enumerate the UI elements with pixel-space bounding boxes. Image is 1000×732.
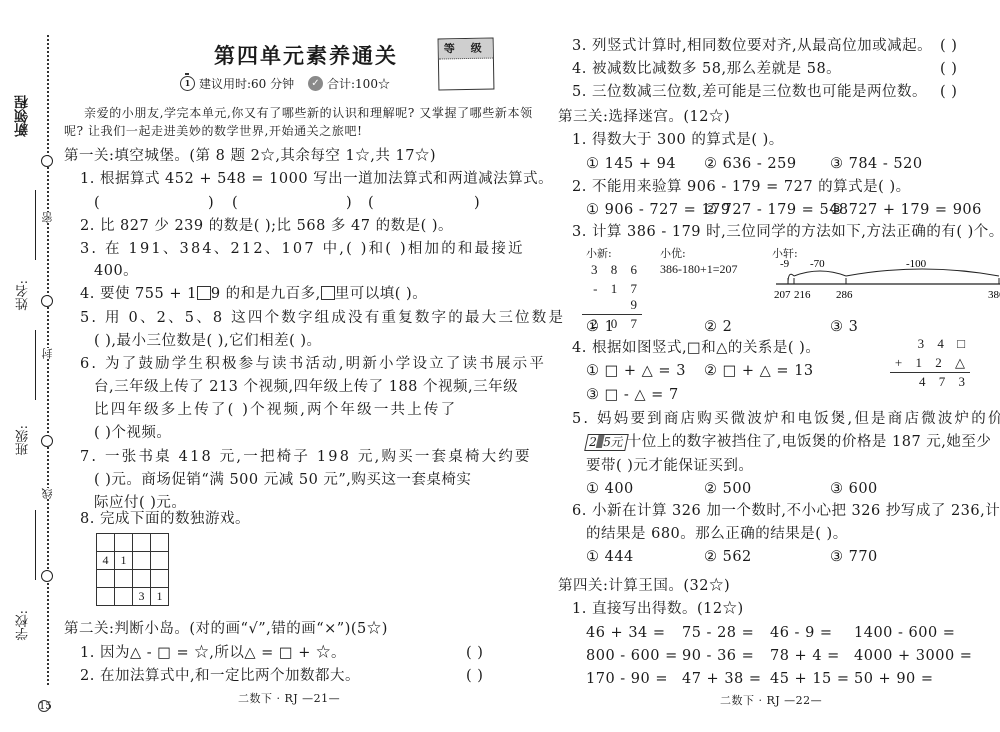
seal-mark-feng: 封 (40, 348, 54, 359)
answer-blank[interactable]: ( ) (940, 60, 957, 78)
time-suggestion: 1 建议用时:60 分钟 (180, 75, 294, 92)
calc-item: 45 + 15 = (770, 670, 850, 688)
question-3-5-line1: 5. 妈妈要到商店购买微波炉和电饭煲,但是商店微波炉的价格牌 (572, 410, 1000, 428)
sudoku-cell[interactable] (151, 552, 169, 570)
calc-item: 170 - 90 = (586, 670, 668, 688)
price-tag-image: 25元 (584, 434, 628, 451)
option[interactable]: ③ 784 - 520 (830, 155, 923, 173)
sudoku-cell: 4 (97, 552, 115, 570)
question-1-2: 2. 比 827 少 239 的数是( );比 568 多 47 的数是( )。 (80, 217, 453, 235)
section1-heading: 第一关:填空城堡。(第 8 题 2☆,其余每空 1☆,共 17☆) (64, 147, 436, 165)
question-2-5: 5. 三位数减三位数,差可能是三位数也可能是两位数。 (572, 83, 927, 101)
binding-hole (41, 435, 53, 447)
missing-digit-box (197, 286, 211, 300)
brand-label: 新领程 (12, 95, 32, 137)
answer-blank[interactable]: ( ) (466, 644, 483, 662)
question-1-5-line2: ( ),最小三位数是( ),它们相差( )。 (94, 332, 322, 350)
option[interactable]: ③ 770 (830, 548, 878, 566)
name-label: 姓名: (14, 280, 33, 310)
class-underline (35, 330, 36, 400)
question-4-1: 1. 直接写出得数。(12☆) (572, 600, 744, 618)
question-1-7-line2: ( )元。商场促销“满 500 元减 50 元”,购买这一套桌椅实 (94, 471, 471, 489)
question-1-4: 4. 要使 755 + 19 的和是九百多,里可以填( )。 (80, 285, 427, 303)
option[interactable]: ② 727 - 179 = 548 (704, 201, 849, 219)
option[interactable]: ③ 3 (830, 318, 858, 336)
binding-hole (41, 570, 53, 582)
tick-label: 207 (774, 289, 791, 301)
tick-label: 286 (836, 289, 853, 301)
school-underline (35, 510, 36, 580)
sudoku-cell[interactable] (151, 534, 169, 552)
option[interactable]: ① 1 (586, 318, 614, 336)
question-3-4: 4. 根据如图竖式,□和△的关系是( )。 (572, 339, 820, 357)
vertical-calc-q4: 3 4 □ + 1 2 △ 4 7 3 (890, 336, 970, 390)
calc-item: 800 - 600 = (586, 647, 678, 665)
intro-line-2: 呢? 让我们一起走进美妙的数学世界,开始通关之旅吧! (64, 122, 363, 139)
name-underline (35, 190, 36, 260)
option[interactable]: ② 636 - 259 (704, 155, 797, 173)
sudoku-cell[interactable] (133, 552, 151, 570)
method-label-xiaoyou: 小优: (660, 245, 686, 261)
section2-heading: 第二关:判断小岛。(对的画“√”,错的画“×”)(5☆) (64, 620, 388, 638)
question-2-4: 4. 被减数比减数多 58,那么差就是 58。 (572, 60, 841, 78)
option[interactable]: ② 2 (704, 318, 732, 336)
question-3-2: 2. 不能用来验算 906 - 179 = 727 的算式是( )。 (572, 178, 911, 196)
sudoku-cell: 1 (151, 588, 169, 606)
class-label: 班级: (14, 425, 33, 455)
seal-mark-mi: 密 (40, 212, 54, 223)
question-1-6-line3: 比四年级多上传了( )个视频,两个年级一共上传了 (94, 401, 457, 419)
page-footer: 二数下 · RJ —21— (238, 690, 340, 706)
option[interactable]: ① 145 + 94 (586, 155, 676, 173)
answer-blank-close: ) (474, 194, 480, 212)
method-label-xiaoxin: 小新: (586, 245, 612, 261)
total-score: ✓ 合计:100☆ (308, 75, 390, 92)
question-1-3-line2: 400。 (94, 262, 138, 280)
option[interactable]: ① 400 (586, 480, 634, 498)
option[interactable]: ② □ + △ = 13 (704, 362, 814, 380)
calc-item: 90 - 36 = (682, 647, 754, 665)
question-3-3: 3. 计算 386 - 179 时,三位同学的方法如下,方法正确的有( )个。 (572, 223, 1000, 241)
sudoku-grid: 4 1 3 1 (96, 533, 169, 606)
option[interactable]: ① 444 (586, 548, 634, 566)
sudoku-cell[interactable] (151, 570, 169, 588)
right-page: 3. 列竖式计算时,相同数位要对齐,从最高位加或减起。 ( ) 4. 被减数比减… (520, 0, 1000, 732)
calc-item: 75 - 28 = (682, 624, 754, 642)
answer-blank[interactable]: ( ) (940, 83, 957, 101)
question-1-3-line1: 3. 在 191、384、212、107 中,( )和( )相加的和最接近 (80, 240, 525, 258)
question-3-5-line3: 要带( )元才能保证买到。 (586, 457, 753, 475)
question-1-5-line1: 5. 用 0、2、5、8 这四个数字组成没有重复数字的最大三位数是 (80, 309, 565, 327)
jump-label: -100 (906, 258, 927, 270)
sudoku-cell[interactable] (115, 534, 133, 552)
time-text: 建议用时:60 分钟 (199, 75, 294, 92)
page-circle-number: 15 (38, 700, 50, 712)
calc-rule (582, 314, 642, 315)
tick-label: 386 (988, 289, 1000, 301)
option[interactable]: ③ 600 (830, 480, 878, 498)
page-footer: 二数下 · RJ —22— (720, 692, 822, 708)
binding-dotted-line (47, 35, 49, 685)
grade-box-label: 等 级 (439, 39, 493, 60)
jump-label: -70 (810, 258, 825, 270)
section4-heading: 第四关:计算王国。(32☆) (558, 577, 730, 595)
left-page: 新领程 密 姓名: 封 班级: 线 学校: 15 第四单元素养通关 等 级 1 … (0, 0, 520, 732)
question-2-1: 1. 因为△ - □ = ☆,所以△ = □ + ☆。 (80, 644, 346, 662)
question-1-6-line4: ( )个视频。 (94, 424, 171, 442)
grade-box: 等 级 (438, 38, 495, 91)
section3-heading: 第三关:选择迷宫。(12☆) (558, 108, 730, 126)
clock-icon: 1 (180, 76, 195, 91)
check-icon: ✓ (308, 76, 323, 91)
answer-blank[interactable]: ( ) (940, 37, 957, 55)
question-1-6-line2: 台,三年级上传了 213 个视频,四年级上传了 188 个视频,三年级 (94, 378, 518, 396)
calc-rule (890, 372, 970, 373)
school-label: 学校: (14, 610, 33, 640)
option[interactable]: ② 562 (704, 548, 752, 566)
intro-line-1: 亲爱的小朋友,学完本单元,你又有了哪些新的认识和理解呢? 又掌握了哪些新本领 (84, 104, 533, 121)
answer-blank[interactable]: ( (232, 194, 238, 212)
option[interactable]: ③ 727 + 179 = 906 (830, 201, 982, 219)
binding-hole (41, 155, 53, 167)
answer-blank-close: ) (208, 194, 214, 212)
option[interactable]: ③ □ - △ = 7 (586, 386, 679, 404)
calc-item: 78 + 4 = (770, 647, 840, 665)
total-text: 合计:100☆ (327, 75, 390, 92)
answer-blank[interactable]: ( (94, 194, 100, 212)
calc-xiaoyou: 386-180+1=207 (660, 262, 738, 277)
binding-hole (41, 295, 53, 307)
question-1-7-line1: 7. 一张书桌 418 元,一把椅子 198 元,购买一套桌椅大约要 (80, 448, 532, 466)
calc-item: 46 - 9 = (770, 624, 833, 642)
number-line-diagram: -9 -70 -100 207 216 286 386 (774, 258, 1000, 318)
calc-item: 47 + 38 = (682, 670, 762, 688)
sudoku-cell[interactable] (133, 534, 151, 552)
sudoku-cell[interactable] (97, 570, 115, 588)
question-1-1: 1. 根据算式 452 + 548 = 1000 写出一道加法算式和两道减法算式… (80, 170, 553, 188)
question-2-3: 3. 列竖式计算时,相同数位要对齐,从最高位加或减起。 (572, 37, 932, 55)
answer-blank-close: ) (346, 194, 352, 212)
option[interactable]: ① □ + △ = 3 (586, 362, 686, 380)
calc-item: 50 + 90 = (854, 670, 934, 688)
question-1-6-line1: 6. 为了鼓励学生积极参与读书活动,明新小学设立了读书展示平 (80, 355, 546, 373)
question-3-6-line1: 6. 小新在计算 326 加一个数时,不小心把 326 抄写成了 236,计算出 (572, 502, 1000, 520)
question-3-5-line2: 25元十位上的数字被挡住了,电饭煲的价格是 187 元,她至少 (586, 433, 991, 451)
calc-item: 46 + 34 = (586, 624, 666, 642)
question-3-1: 1. 得数大于 300 的算式是( )。 (572, 131, 784, 149)
calc-item: 4000 + 3000 = (854, 647, 972, 665)
answer-blank[interactable]: ( ) (466, 667, 483, 685)
answer-blank[interactable]: ( (368, 194, 374, 212)
calc-item: 1400 - 600 = (854, 624, 955, 642)
page-title: 第四单元素养通关 (214, 40, 398, 70)
option[interactable]: ② 500 (704, 480, 752, 498)
missing-digit-box (321, 286, 335, 300)
sudoku-cell[interactable] (115, 570, 133, 588)
question-2-2: 2. 在加法算式中,和一定比两个加数都大。 (80, 667, 360, 685)
sudoku-cell[interactable] (115, 588, 133, 606)
sudoku-cell[interactable] (133, 570, 151, 588)
seal-mark-xian: 线 (40, 488, 54, 499)
question-1-8: 8. 完成下面的数独游戏。 (80, 510, 250, 528)
question-3-6-line2: 的结果是 680。那么正确的结果是( )。 (586, 525, 848, 543)
sudoku-cell: 1 (115, 552, 133, 570)
jump-label: -9 (780, 258, 790, 270)
tick-label: 216 (794, 289, 811, 301)
sudoku-cell: 3 (133, 588, 151, 606)
sudoku-cell[interactable] (97, 534, 115, 552)
sudoku-cell[interactable] (97, 588, 115, 606)
